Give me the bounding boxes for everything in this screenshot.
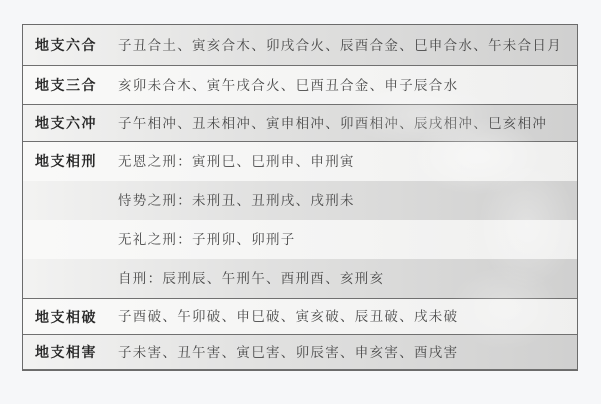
row-content-line: 无恩之刑：寅刑巳、巳刑申、申刑寅: [23, 142, 577, 181]
row-content-line: 子未害、丑午害、寅巳害、卯辰害、申亥害、酉戌害: [23, 335, 577, 370]
table-row: 地支相刑 无恩之刑：寅刑巳、巳刑申、申刑寅 恃势之刑：未刑丑、丑刑戌、戌刑未 无…: [23, 142, 577, 299]
row-content-line: 子酉破、午卯破、申巳破、寅亥破、辰丑破、戌未破: [23, 299, 577, 335]
row-content-line: 子午相冲、丑未相冲、寅申相冲、卯酉相冲、辰戌相冲、巳亥相冲: [23, 105, 577, 142]
row-label: 地支六冲: [35, 105, 97, 142]
table-row: 地支六合 子丑合土、寅亥合木、卯戌合火、辰酉合金、巳申合水、午未合日月: [23, 25, 577, 66]
row-content-line: 恃势之刑：未刑丑、丑刑戌、戌刑未: [23, 181, 577, 220]
earthly-branch-relations-table: 地支六合 子丑合土、寅亥合木、卯戌合火、辰酉合金、巳申合水、午未合日月 地支三合…: [22, 24, 578, 371]
row-label: 地支六合: [35, 25, 97, 66]
table-row: 地支三合 亥卯未合木、寅午戌合火、巳酉丑合金、申子辰合水: [23, 66, 577, 105]
table-row: 地支相破 子酉破、午卯破、申巳破、寅亥破、辰丑破、戌未破: [23, 299, 577, 335]
row-label: 地支相刑: [35, 142, 97, 181]
row-label: 地支相破: [35, 299, 97, 335]
row-content-line: 亥卯未合木、寅午戌合火、巳酉丑合金、申子辰合水: [23, 66, 577, 105]
scanned-page: { "table": { "rows": [ { "label": "地支六合"…: [0, 0, 601, 404]
table-row: 地支相害 子未害、丑午害、寅巳害、卯辰害、申亥害、酉戌害: [23, 335, 577, 370]
row-content-line: 子丑合土、寅亥合木、卯戌合火、辰酉合金、巳申合水、午未合日月: [23, 25, 577, 66]
row-content-line: 无礼之刑：子刑卯、卯刑子: [23, 220, 577, 259]
table-row: 地支六冲 子午相冲、丑未相冲、寅申相冲、卯酉相冲、辰戌相冲、巳亥相冲: [23, 105, 577, 142]
row-label: 地支相害: [35, 335, 97, 370]
row-content-line: 自刑：辰刑辰、午刑午、酉刑酉、亥刑亥: [23, 259, 577, 298]
row-label: 地支三合: [35, 66, 97, 105]
